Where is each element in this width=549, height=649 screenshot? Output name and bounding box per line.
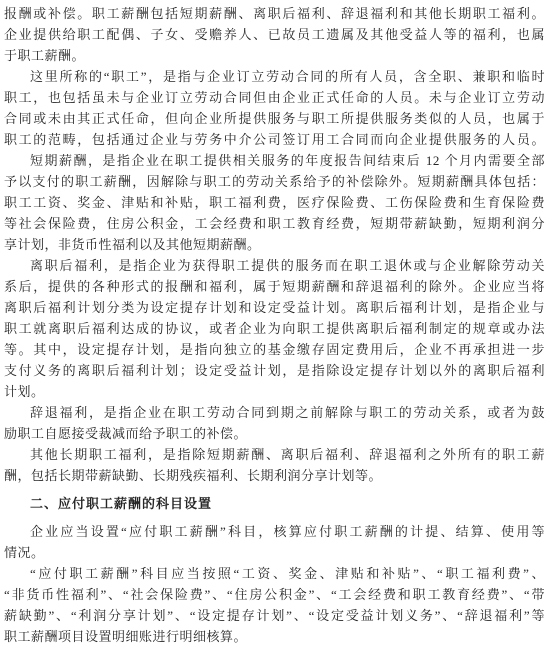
text-line: 企业提供给职工配偶、子女、受赡养人、已故员工遗属及其他受益人等的福利，也属 [4, 24, 545, 45]
document-page: 报酬或补偿。职工薪酬包括短期薪酬、离职后福利、辞退福利和其他长期职工福利。企业提… [0, 0, 549, 649]
text-line: 离职后福利计划分类为设定提存计划和设定受益计划。离职后福利计划，是指企业与 [4, 297, 545, 318]
section-heading: 二、应付职工薪酬的科目设置 [4, 493, 545, 514]
text-line: 合同或未由其正式任命，但向企业所提供服务与职工所提供服务类似的人员，也属于 [4, 108, 545, 129]
text-line: 其他长期职工福利，是指除短期薪酬、离职后福利、辞退福利之外所有的职工薪 [4, 444, 545, 465]
text-line: 予以支付的职工薪酬，因解除与职工的劳动关系给予的补偿除外。短期薪酬具体包括： [4, 171, 545, 192]
text-line: 系后，提供的各种形式的报酬和福利，属于短期薪酬和辞退福利的除外。企业应当将 [4, 276, 545, 297]
text-line: 薪缺勤”、“利润分享计划”、“设定提存计划”、“设定受益计划义务”、“辞退福利”… [4, 605, 545, 626]
text-line: 励职工自愿接受裁减而给予职工的补偿。 [4, 423, 545, 444]
text-line: 于职工薪酬。 [4, 45, 545, 66]
text-line: 酬，包括长期带薪缺勤、长期残疾福利、长期利润分享计划等。 [4, 465, 545, 486]
text-line: 职工薪酬项目设置明细账进行明细核算。 [4, 626, 545, 647]
text-line: 报酬或补偿。职工薪酬包括短期薪酬、离职后福利、辞退福利和其他长期职工福利。 [4, 3, 545, 24]
text-line: 这里所称的“职工”，是指与企业订立劳动合同的所有人员，含全职、兼职和临时 [4, 66, 545, 87]
text-line: 离职后福利，是指企业为获得职工提供的服务而在职工退休或与企业解除劳动关 [4, 255, 545, 276]
text-line: 职工工资、奖金、津贴和补贴，职工福利费，医疗保险费、工伤保险费和生育保险费 [4, 192, 545, 213]
text-line: “应付职工薪酬”科目应当按照“工资、奖金、津贴和补贴”、“职工福利费”、 [4, 563, 545, 584]
text-line: 等。其中，设定提存计划，是指向独立的基金缴存固定费用后，企业不再承担进一步 [4, 339, 545, 360]
text-line: 职工的范畴，包括通过企业与劳务中介公司签订用工合同而向企业提供服务的人员。 [4, 129, 545, 150]
text-line: “非货币性福利”、“社会保险费”、“住房公积金”、“工会经费和职工教育经费”、“… [4, 584, 545, 605]
text-line: 等社会保险费，住房公积金，工会经费和职工教育经费，短期带薪缺勤，短期利润分 [4, 213, 545, 234]
text-line: 职工就离职后福利达成的协议，或者企业为向职工提供离职后福利制定的规章或办法 [4, 318, 545, 339]
text-line: 支付义务的离职后福利计划；设定受益计划，是指除设定提存计划以外的离职后福利 [4, 360, 545, 381]
text-line: 情况。 [4, 542, 545, 563]
text-line: 辞退福利，是指企业在职工劳动合同到期之前解除与职工的劳动关系，或者为鼓 [4, 402, 545, 423]
text-line: 计划。 [4, 381, 545, 402]
text-line: 企业应当设置“应付职工薪酬”科目，核算应付职工薪酬的计提、结算、使用等 [4, 521, 545, 542]
text-line: 短期薪酬，是指企业在职工提供相关服务的年度报告间结束后 12 个月内需要全部 [4, 150, 545, 171]
text-line: 职工，也包括虽未与企业订立劳动合同但由企业正式任命的人员。未与企业订立劳动 [4, 87, 545, 108]
text-line: 享计划，非货币性福利以及其他短期薪酬。 [4, 234, 545, 255]
